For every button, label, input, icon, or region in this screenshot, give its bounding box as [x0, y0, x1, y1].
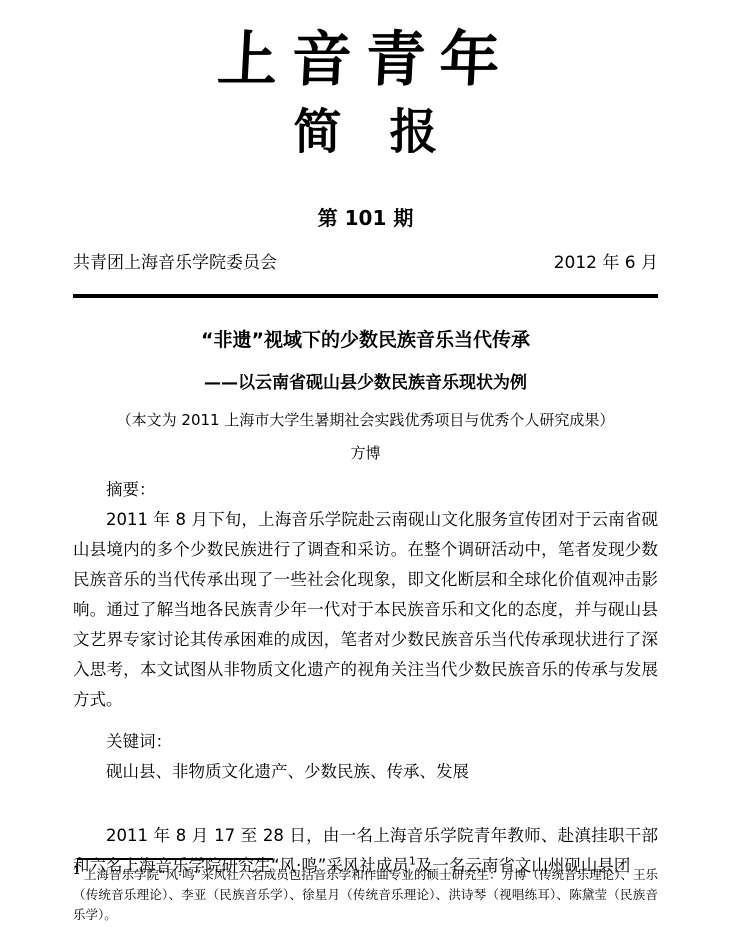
- article-note: （本文为 2011 上海市大学生暑期社会实践优秀项目与优秀个人研究成果）: [73, 411, 658, 430]
- masthead-subtitle: 简 报: [73, 104, 658, 160]
- issue-number: 第 101 期: [73, 202, 658, 231]
- abstract-label: 摘要：: [73, 475, 658, 505]
- bulletin-header: 上音青年 简 报 第 101 期 共青团上海音乐学院委员会 2012 年 6 月: [73, 20, 658, 298]
- footnote-marker: 1: [73, 864, 80, 877]
- article-subtitle: ——以云南省砚山县少数民族音乐现状为例: [73, 372, 658, 394]
- keywords-label: 关键词：: [73, 727, 658, 757]
- publisher-row: 共青团上海音乐学院委员会 2012 年 6 月: [73, 248, 658, 273]
- article-author: 方博: [73, 444, 658, 463]
- footnote-text: 上海音乐学院“风·鸣”采风社六名成员包括音乐学和作曲专业的硕士研究生：方博（传统…: [73, 867, 658, 922]
- keywords-line: 砚山县、非物质文化遗产、少数民族、传承、发展: [73, 757, 658, 787]
- publisher-name: 共青团上海音乐学院委员会: [73, 248, 277, 273]
- footnote-paragraph: 1 上海音乐学院“风·鸣”采风社六名成员包括音乐学和作曲专业的硕士研究生：方博（…: [73, 865, 658, 925]
- article-body: “非遗”视域下的少数民族音乐当代传承 ——以云南省砚山县少数民族音乐现状为例 （…: [73, 328, 658, 881]
- footnote-area: 1 上海音乐学院“风·鸣”采风社六名成员包括音乐学和作曲专业的硕士研究生：方博（…: [73, 858, 658, 925]
- abstract-paragraph: 2011 年 8 月下旬，上海音乐学院赴云南砚山文化服务宣传团对于云南省砚山县境…: [73, 505, 658, 715]
- article-title: “非遗”视域下的少数民族音乐当代传承: [73, 328, 658, 352]
- issue-date: 2012 年 6 月: [554, 248, 658, 273]
- header-divider: [73, 294, 658, 298]
- footnote-divider: [77, 858, 273, 860]
- bulletin-page: 上音青年 简 报 第 101 期 共青团上海音乐学院委员会 2012 年 6 月…: [0, 0, 731, 927]
- masthead-title: 上音青年: [71, 20, 660, 100]
